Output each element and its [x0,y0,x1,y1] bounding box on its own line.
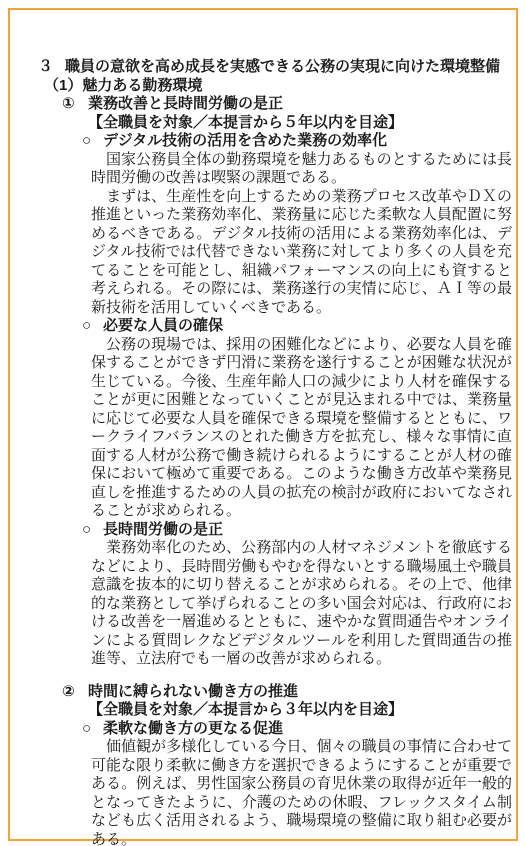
item-1-title: 業務改善と長時間労働の是正 [88,95,283,114]
paragraph: まずは、生産性を向上するための業務プロセス改革やＤＸの推進といった業務効率化、業… [91,188,512,318]
item-1-number: ① [62,95,88,114]
circle-marker-icon: ○ [82,317,103,336]
topic-long-hours-correction: ○ 長時間労働の是正 業務効率化のため、公務部内の人材マネジメントを徹底するなど… [82,521,512,669]
item-2-scope: 【全職員を対象／本提言から３年以内を目途】 [88,701,512,720]
topic-flexible-workstyle-title: 柔軟な働き方の更なる促進 [103,720,283,739]
topic-long-hours-correction-title: 長時間労働の是正 [103,521,223,540]
topic-digital-efficiency: ○ デジタル技術の活用を含めた業務の効率化 国家公務員全体の勤務環境を魅力あるも… [82,132,512,317]
circle-marker-icon: ○ [82,720,103,739]
item-2-title: 時間に縛られない働き方の推進 [88,683,298,702]
item-1-heading: ① 業務改善と長時間労働の是正 [62,95,512,114]
topic-securing-personnel-title: 必要な人員の確保 [103,317,223,336]
item-2: ② 時間に縛られない働き方の推進 【全職員を対象／本提言から３年以内を目途】 ○… [62,683,512,846]
section-title: 職員の意欲を高め成長を実感できる公務の実現に向けた環境整備 [65,58,500,77]
item-2-heading: ② 時間に縛られない働き方の推進 [62,683,512,702]
document-body: ３ 職員の意欲を高め成長を実感できる公務の実現に向けた環境整備 （1） 魅力ある… [38,58,512,846]
subsection-number: （1） [44,77,82,96]
paragraph: 国家公務員全体の勤務環境を魅力あるものとするためには長時間労働の改善は喫緊の課題… [91,151,512,188]
paragraph: 価値観が多様化している今日、個々の職員の事情に合わせて可能な限り柔軟に働き方を選… [91,738,512,846]
topic-digital-efficiency-heading: ○ デジタル技術の活用を含めた業務の効率化 [82,132,512,151]
section-number: ３ [38,58,65,77]
subsection-heading: （1） 魅力ある勤務環境 [44,77,512,96]
item-1: ① 業務改善と長時間労働の是正 【全職員を対象／本提言から５年以内を目途】 ○ … [62,95,512,669]
topic-flexible-workstyle: ○ 柔軟な働き方の更なる促進 価値観が多様化している今日、個々の職員の事情に合わ… [82,720,512,846]
circle-marker-icon: ○ [82,521,103,540]
paragraph: 業務効率化のため、公務部内の人材マネジメントを徹底するなどにより、長時間労働もや… [91,539,512,669]
item-2-number: ② [62,683,88,702]
paragraph: 公務の現場では、採用の困難化などにより、必要な人員を確保することができず円滑に業… [91,336,512,521]
subsection-title: 魅力ある勤務環境 [82,77,202,96]
topic-flexible-workstyle-heading: ○ 柔軟な働き方の更なる促進 [82,720,512,739]
topic-digital-efficiency-title: デジタル技術の活用を含めた業務の効率化 [103,132,387,151]
item-1-scope: 【全職員を対象／本提言から５年以内を目途】 [88,114,512,133]
topic-securing-personnel: ○ 必要な人員の確保 公務の現場では、採用の困難化などにより、必要な人員を確保す… [82,317,512,521]
topic-securing-personnel-heading: ○ 必要な人員の確保 [82,317,512,336]
section-heading: ３ 職員の意欲を高め成長を実感できる公務の実現に向けた環境整備 [38,58,512,77]
circle-marker-icon: ○ [82,132,103,151]
topic-long-hours-correction-heading: ○ 長時間労働の是正 [82,521,512,540]
